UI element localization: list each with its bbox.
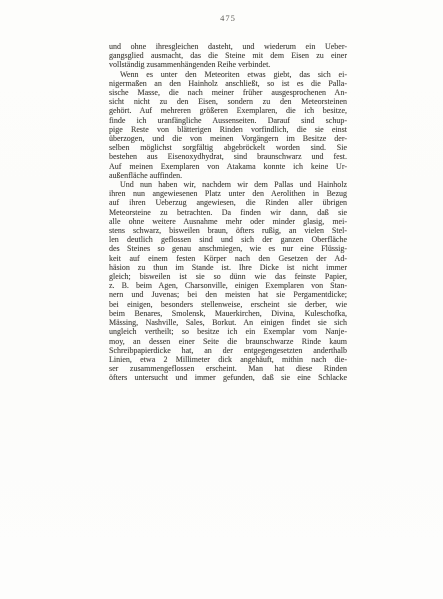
text-line: keit auf einem festen Körper nach den Ge… [109,254,347,263]
text-line: finde ich uranfängliche Aussenseiten. Da… [109,116,347,125]
text-line: außenfläche auffinden. [109,171,347,180]
text-line: Schreibpapierdicke hat, an der entgegeng… [109,346,347,355]
text-line: Meteorsteine zu betrachten. Da finden wi… [109,208,347,217]
text-line: nigermaßen an den Hainholz anschließt, s… [109,79,347,88]
text-line: des Steines so genau anschmiegen, wie es… [109,244,347,253]
text-line: bestehen aus Eisenoxydhydrat, sind braun… [109,152,347,161]
text-line: und ohne ihresgleichen dasteht, und wied… [109,42,347,51]
text-line: Linien, etwa 2 Millimeter dick angehäuft… [109,355,347,364]
text-line: öfters untersucht und immer gefunden, da… [109,373,347,382]
text-line: len deutlich geflossen sind und sich der… [109,235,347,244]
text-line: sische Masse, die nach meiner früher aus… [109,88,347,97]
text-line: sicht nicht zu den Eisen, sondern zu den… [109,97,347,106]
scanned-book-page: { "page": { "number": "475", "lines": [ … [0,0,443,599]
text-line: ser zusammengeflossen erscheint. Man hat… [109,364,347,373]
text-line: beim Benares, Smolensk, Mauerkirchen, Di… [109,309,347,318]
text-line: ungleich vertheilt; so besitze ich ein E… [109,327,347,336]
text-line: Und nun haben wir, nachdem wir dem Palla… [109,180,347,189]
text-line: nern und Juvenas; bei den meisten hat si… [109,290,347,299]
text-line: Auf meinen Exemplaren von Atakama konnte… [109,162,347,171]
text-line: alle ohne weitere Ausnahme mehr oder min… [109,217,347,226]
text-line: gehört. Auf mehreren größeren Exemplaren… [109,106,347,115]
text-line: stens schwarz, bisweilen braun, öfters r… [109,226,347,235]
text-line: gleich; bisweilen ist sie so dünn wie da… [109,272,347,281]
text-line: moy, an dessen einer Seite die braunschw… [109,337,347,346]
text-line: Mässing, Nashville, Sales, Borkut. An ei… [109,318,347,327]
book-page: 475 und ohne ihresgleichen dasteht, und … [0,0,443,599]
text-line: vollständig zusammenhängenden Reihe verb… [109,60,347,69]
text-line: ihren nun angewiesenen Platz unter den A… [109,189,347,198]
text-line: selben möglichst sorgfältig abgebröckelt… [109,143,347,152]
text-line: Wenn es unter den Meteoriten etwas giebt… [109,70,347,79]
text-line: häsion zu thun im Stande ist. Ihre Dicke… [109,263,347,272]
text-line: z. B. beim Agen, Charsonville, einigen E… [109,281,347,290]
text-line: auf ihren Ueberzug angewiesen, die Rinde… [109,198,347,207]
text-line: überzogen, und die von meinen Vorgängern… [109,134,347,143]
page-number: 475 [109,13,347,23]
text-line: pige Reste von blätterigen Rinden vorfin… [109,125,347,134]
text-line: gangsglied ausmacht, das die Steine mit … [109,51,347,60]
text-block: und ohne ihresgleichen dasteht, und wied… [109,42,347,383]
text-line: bei einigen, besonders stellenweise, ers… [109,300,347,309]
